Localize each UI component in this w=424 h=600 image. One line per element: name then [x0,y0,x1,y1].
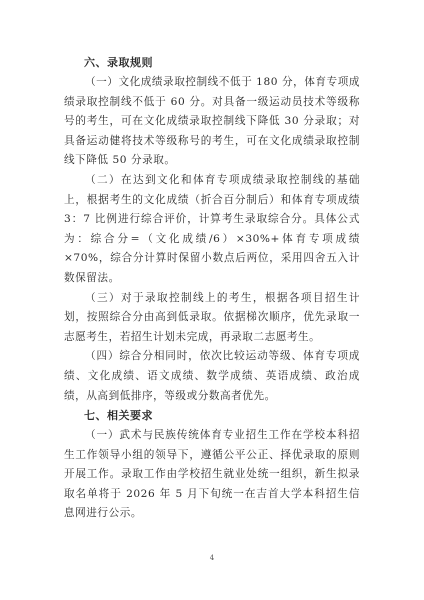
section-admission-rules: 六、录取规则 （一）文化成绩录取控制线不低于 180 分，体育专项成绩录取控制线… [64,53,360,406]
paragraph: （四）综合分相同时，依次比较运动等级、体育专项成绩、文化成绩、语文成绩、数学成绩… [64,347,360,406]
paragraph: （一）武术与民族传统体育专业招生工作在学校本科招生工作领导小组的领导下，遵循公平… [64,426,360,524]
page-content: 六、录取规则 （一）文化成绩录取控制线不低于 180 分，体育专项成绩录取控制线… [64,53,360,524]
page-number: 4 [0,554,424,562]
paragraph: （三）对于录取控制线上的考生，根据各项目招生计划，按照综合分由高到低录取。依据梯… [64,289,360,348]
section-requirements: 七、相关要求 （一）武术与民族传统体育专业招生工作在学校本科招生工作领导小组的领… [64,406,360,524]
section-heading: 六、录取规则 [84,53,360,73]
section-heading: 七、相关要求 [84,406,360,426]
paragraph: （二）在达到文化和体育专项成绩录取控制线的基础上，根据考生的文化成绩（折合百分制… [64,171,360,289]
paragraph: （一）文化成绩录取控制线不低于 180 分，体育专项成绩录取控制线不低于 60 … [64,73,360,171]
document-page: 六、录取规则 （一）文化成绩录取控制线不低于 180 分，体育专项成绩录取控制线… [0,0,424,600]
